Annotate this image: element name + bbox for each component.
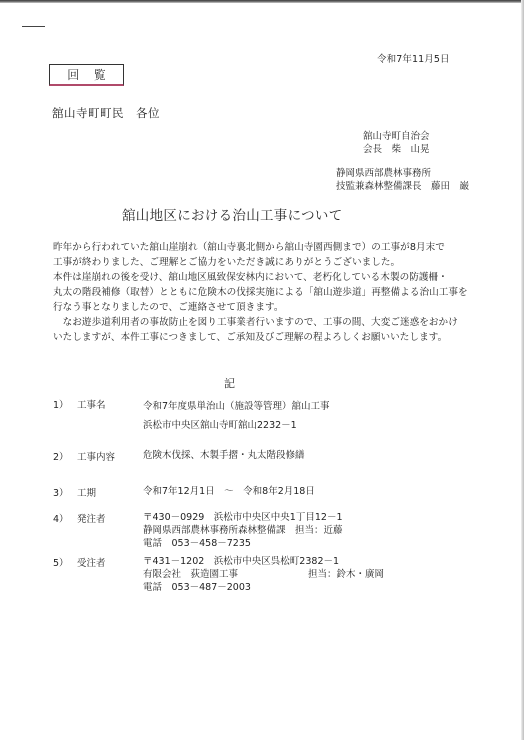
body-text: 昨年から行われていた舘山崖崩れ（舘山寺裏北側から舘山寺園西側まで）の工事が8月末… (53, 240, 493, 345)
association-person: 会長 柴 山晃 (363, 143, 430, 156)
item-contact: 担当：鈴木・廣岡 (308, 569, 384, 580)
sender-office: 静岡県西部農林事務所 技監兼森林整備課長 藤田 巌 (336, 167, 469, 193)
scan-edge-top (0, 0, 524, 3)
sender-association: 舘山寺町自治会 会長 柴 山晃 (363, 130, 430, 156)
item-value: 電話 053－458－7235 (143, 537, 343, 550)
office-name: 静岡県西部農林事務所 (336, 167, 469, 180)
item-value: 令和7年12月1日 ～ 令和8年2月18日 (143, 485, 315, 498)
body-line: 昨年から行われていた舘山崖崩れ（舘山寺裏北側から舘山寺園西側まで）の工事が8月末… (53, 240, 493, 255)
office-person: 技監兼森林整備課長 藤田 巌 (336, 180, 469, 193)
addressee: 舘山寺町町民 各位 (52, 105, 160, 121)
document-date: 令和7年11月5日 (377, 51, 450, 65)
body-line: 行なう事となりましたので、ご連絡させて頂きます。 (53, 300, 493, 315)
body-line: 丸太の階段補修（取替）とともに危険木の伐採実施による「舘山遊歩道」再整備よる治山… (53, 285, 493, 300)
body-line: 本件は崖崩れの後を受け、舘山地区風致保安林内において、老朽化している木製の防護柵… (53, 270, 493, 285)
item-value: 〒431－1202 浜松市中央区呉松町2382－1 (143, 555, 384, 568)
item-value: 静岡県西部農林事務所森林整備課 担当：近藤 (143, 524, 343, 537)
item-value: 電話 053－487－2003 (143, 581, 384, 594)
circulation-char-1: 回 (67, 66, 79, 83)
margin-mark (22, 26, 45, 27)
body-line: いたしますが、本件工事につきまして、ご承知及びご理解の程よろしくお願いいたします… (53, 330, 493, 345)
circulation-box: 回 覧 (49, 64, 124, 86)
ki-heading: 記 (224, 375, 235, 391)
association-name: 舘山寺町自治会 (363, 130, 430, 143)
item-value: 危険木伐採、木製手摺・丸太階段修繕 (143, 449, 305, 462)
item-value: 有限会社 荻造園工事 (143, 569, 238, 580)
body-line: なお遊歩道利用者の事故防止を図り工事業者行いますので、工事の間、大変ご迷惑をおか… (53, 315, 493, 330)
document-title: 舘山地区における治山工事について (122, 204, 343, 224)
circulation-char-2: 覧 (94, 66, 106, 83)
item-value: 〒430－0929 浜松市中央区中央1丁目12－1 (143, 511, 343, 524)
body-line: 工事が終わりました、ご理解とご協力をいただき誠にありがとうございました。 (53, 255, 493, 270)
item-value: 浜松市中央区舘山寺町舘山2232－1 (143, 416, 330, 435)
item-value: 令和7年度県単治山（施設等管理）舘山工事 (143, 397, 330, 416)
